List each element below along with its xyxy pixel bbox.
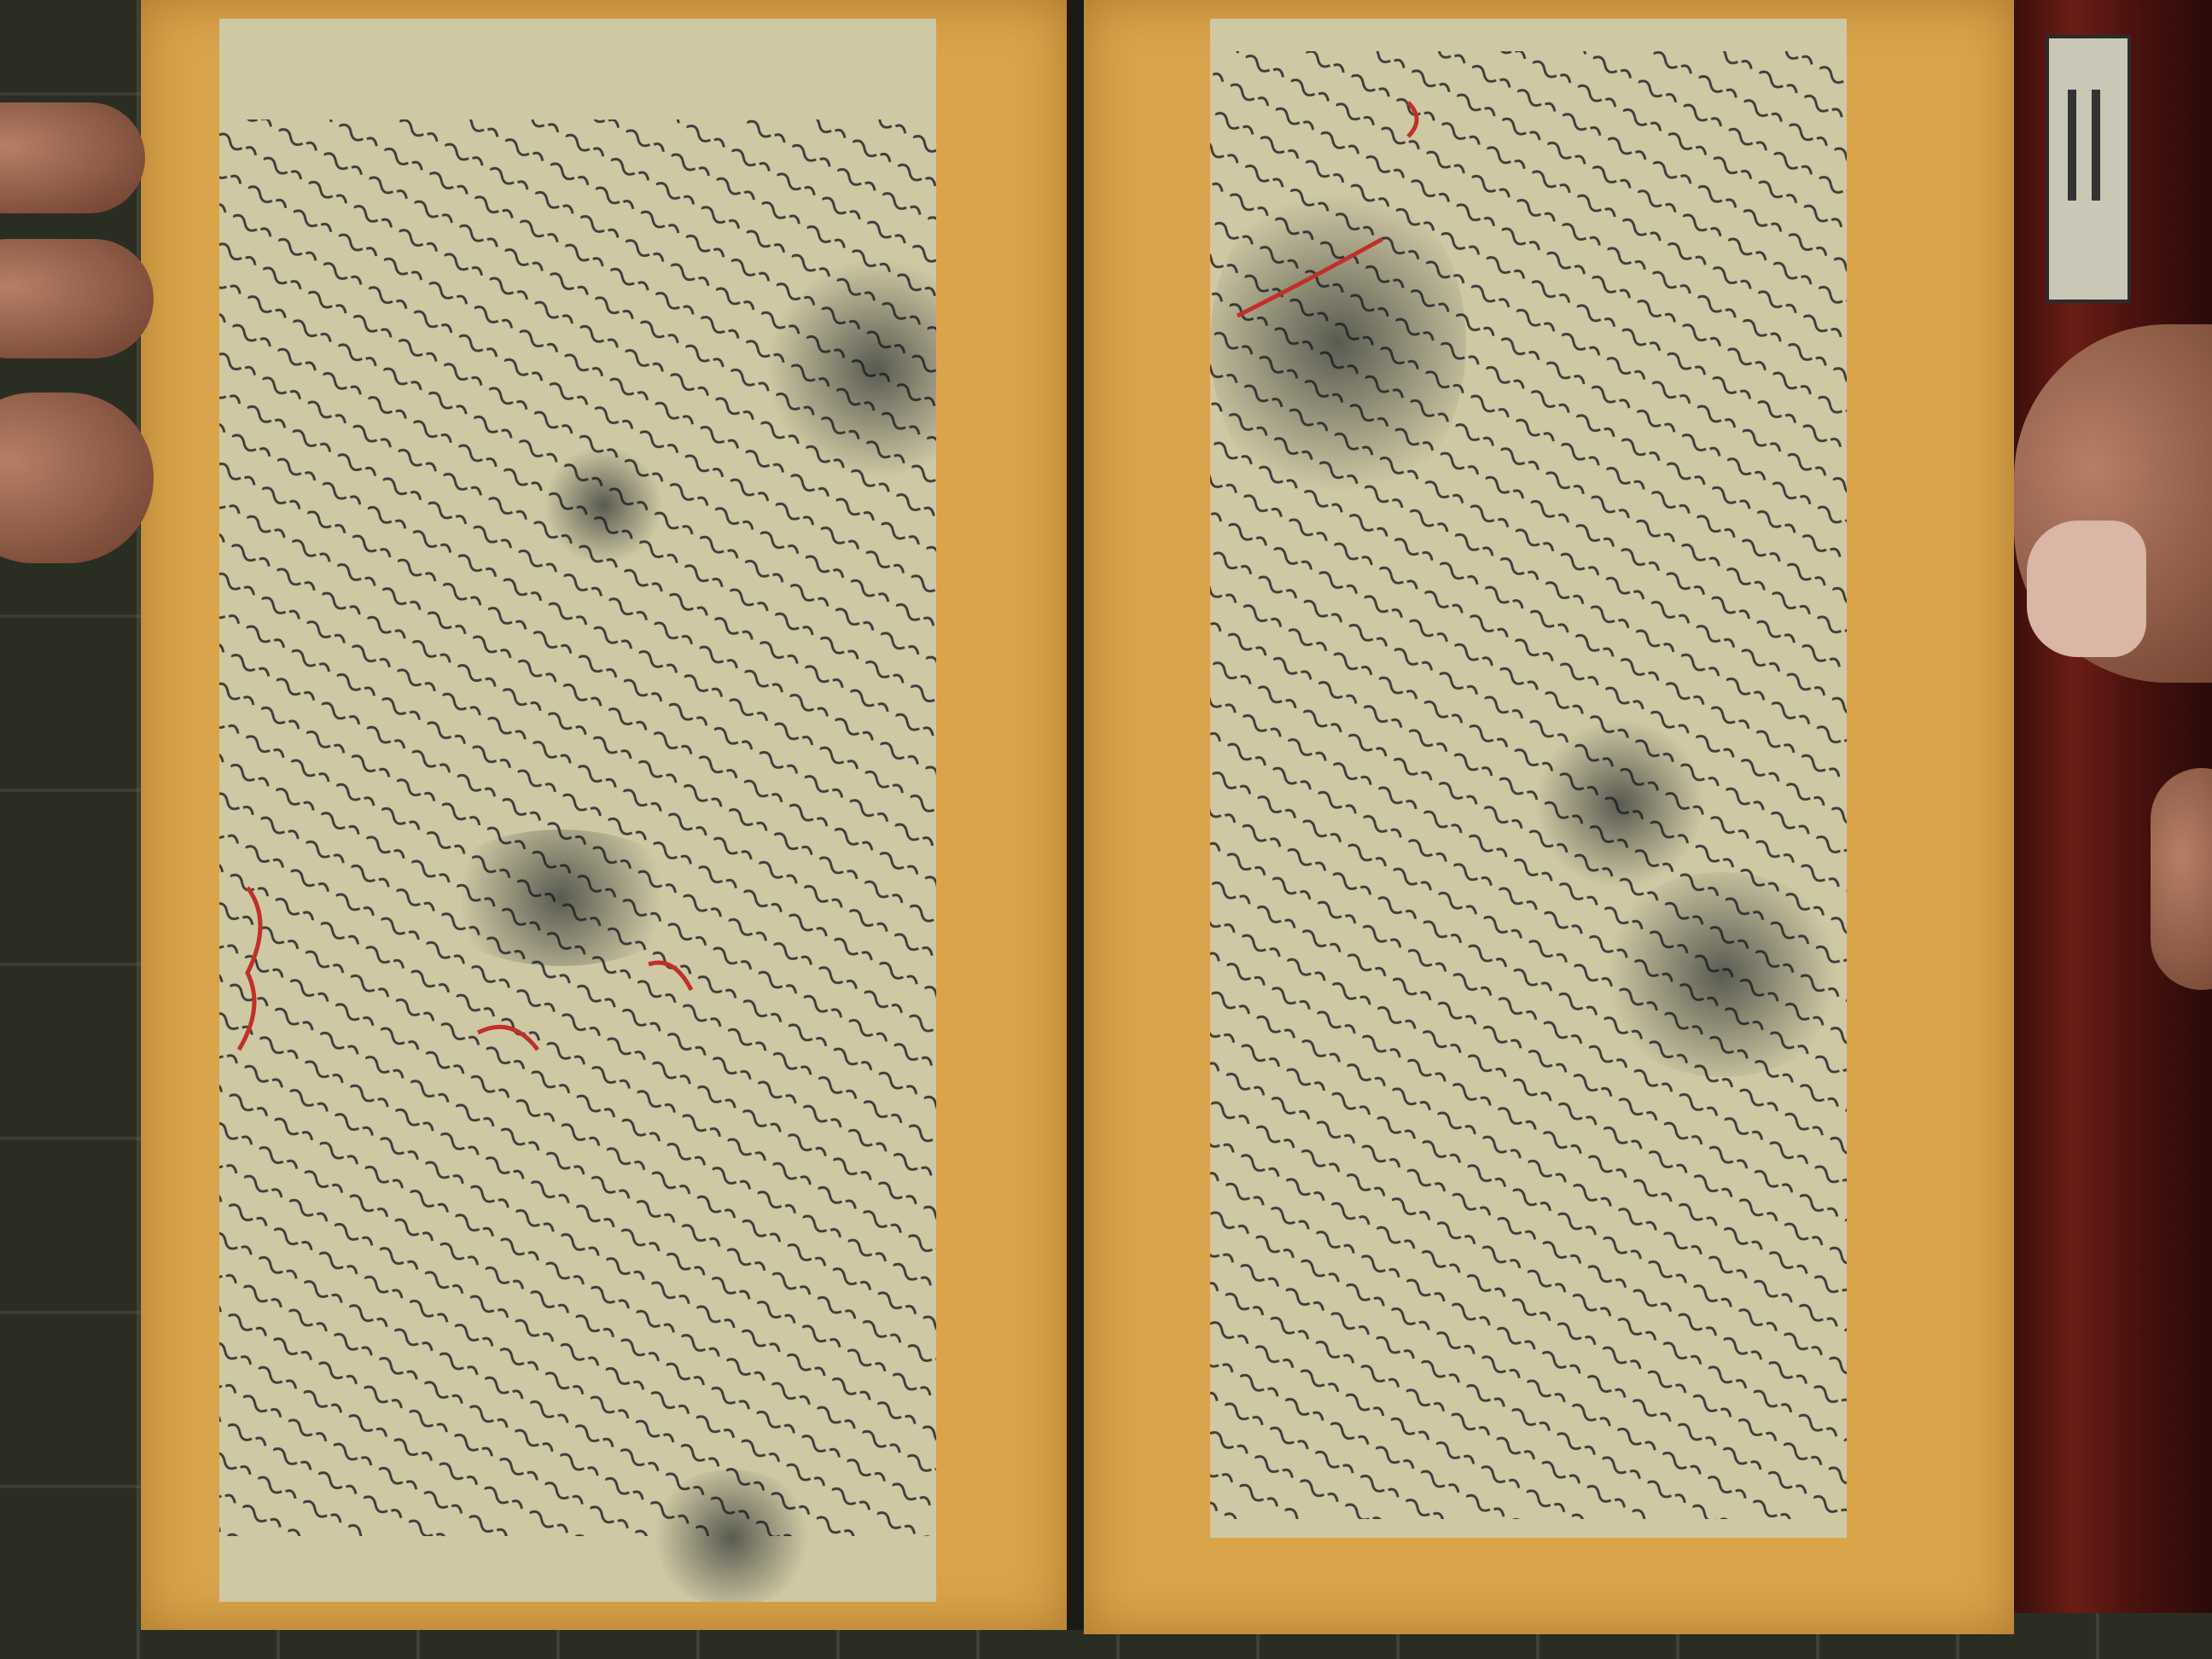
right-hand-finger <box>2151 768 2212 990</box>
thumbnail <box>2027 521 2146 657</box>
left-hand-finger <box>0 239 154 358</box>
calligraphy-lines <box>0 0 2212 1659</box>
left-hand-fingers <box>0 102 145 213</box>
